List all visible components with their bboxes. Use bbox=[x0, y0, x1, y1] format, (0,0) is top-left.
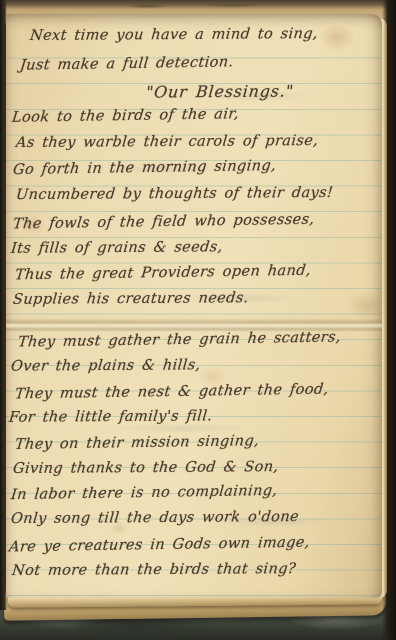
poem-line: They must gather the grain he scatters, bbox=[17, 329, 342, 350]
poem-line: Look to the birds of the air, bbox=[11, 106, 240, 126]
poem-title: "Our Blessings." bbox=[145, 81, 295, 101]
poem-line: Just make a full detection. bbox=[19, 54, 234, 73]
poem-line: As they warble their carols of praise, bbox=[15, 133, 319, 151]
poem-line: Only song till the days work o'done bbox=[10, 509, 300, 527]
poem-line: Next time you have a mind to sing, bbox=[29, 26, 319, 44]
poem-line: Over the plains & hills, bbox=[10, 357, 201, 374]
handwritten-poem: Next time you have a mind to sing,Just m… bbox=[0, 0, 396, 640]
poem-line: Its fills of grains & seeds, bbox=[10, 239, 223, 256]
poem-line: They must the nest & gather the food, bbox=[14, 382, 329, 403]
poem-line: Are ye creatures in Gods own image, bbox=[8, 535, 310, 556]
poem-line: Go forth in the morning singing, bbox=[12, 158, 277, 178]
poem-line: The fowls of the field who possesses, bbox=[12, 212, 315, 233]
notebook-photo: Next time you have a mind to sing,Just m… bbox=[0, 0, 396, 640]
poem-line: In labor there is no complaining, bbox=[10, 483, 278, 503]
poem-line: Supplies his creatures needs. bbox=[12, 290, 249, 308]
poem-line: Giving thanks to the God & Son, bbox=[12, 459, 279, 477]
poem-line: Uncumbered by thoughts of their days! bbox=[15, 185, 334, 203]
poem-line: Not more than the birds that sing? bbox=[11, 561, 297, 579]
poem-line: They on their mission singing, bbox=[14, 433, 260, 453]
poem-line: Thus the great Providers open hand, bbox=[14, 263, 312, 284]
poem-line: For the little family's fill. bbox=[8, 408, 213, 425]
